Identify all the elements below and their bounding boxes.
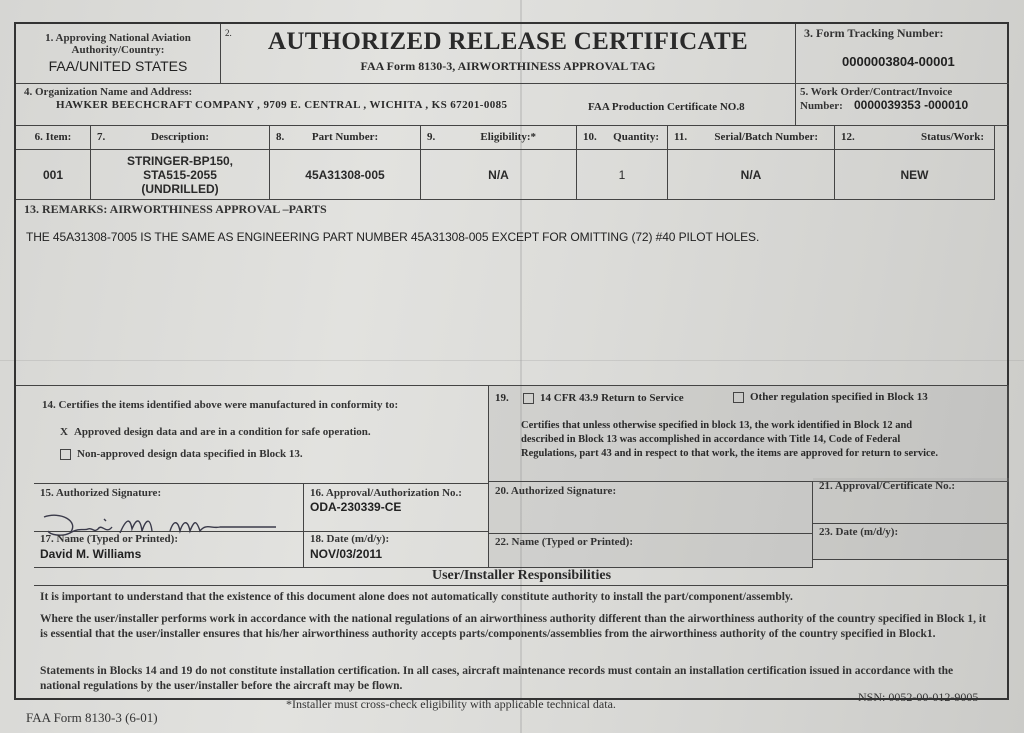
block-1-label-line1: 1. Approving National Aviation xyxy=(16,32,220,44)
block-18-value: NOV/03/2011 xyxy=(310,547,382,561)
responsibilities-para-1: It is important to understand that the e… xyxy=(40,590,995,605)
column-header-serial-batch: 11. Serial/Batch Number: xyxy=(668,126,835,150)
block-17-name: 17. Name (Typed or Printed): David M. Wi… xyxy=(34,532,304,568)
organization-address: HAWKER BEECHCRAFT COMPANY , 9709 E. CENT… xyxy=(56,99,507,111)
block-14-option-approved[interactable]: X Approved design data and are in a cond… xyxy=(60,426,371,438)
block-19-return-to-service: 19. 14 CFR 43.9 Return to Service Other … xyxy=(489,386,1009,482)
block-22-name: 22. Name (Typed or Printed): xyxy=(489,534,813,568)
block-2-title: 2. AUTHORIZED RELEASE CERTIFICATE FAA Fo… xyxy=(221,24,796,84)
description-line-1: STRINGER-BP150, xyxy=(127,154,233,168)
block-13-remarks: 13. REMARKS: AIRWORTHINESS APPROVAL –PAR… xyxy=(16,200,1009,386)
column-header-quantity: 10. Quantity: xyxy=(577,126,668,150)
block-19-text: Certifies that unless otherwise specifie… xyxy=(521,419,951,461)
description-line-3: (UNDRILLED) xyxy=(141,182,218,196)
block-19-option-cfr[interactable]: 14 CFR 43.9 Return to Service xyxy=(523,392,684,404)
column-header-item: 6. Item: xyxy=(16,126,91,150)
eligibility-note-footer: *Installer must cross-check eligibility … xyxy=(286,697,616,712)
block-17-label: 17. Name (Typed or Printed): xyxy=(40,533,178,545)
block-14-option-non-approved[interactable]: Non-approved design data specified in Bl… xyxy=(60,448,303,460)
block-5-label-number: Number: xyxy=(800,100,843,112)
cell-quantity: 1 xyxy=(577,150,668,200)
block-21-label: 21. Approval/Certificate No.: xyxy=(819,480,955,492)
certificate-form: 1. Approving National Aviation Authority… xyxy=(14,22,1009,700)
cell-eligibility: N/A xyxy=(421,150,577,200)
block-16-approval-number: 16. Approval/Authorization No.: ODA-2303… xyxy=(304,484,489,532)
block-4-label: 4. Organization Name and Address: xyxy=(24,86,192,98)
block-18-label: 18. Date (m/d/y): xyxy=(310,533,389,545)
block-14-label: 14. Certifies the items identified above… xyxy=(42,399,398,411)
block-15-label: 15. Authorized Signature: xyxy=(40,487,161,499)
checkbox-icon[interactable] xyxy=(60,449,71,460)
checkbox-icon[interactable] xyxy=(523,393,534,404)
block-20-authorized-signature: 20. Authorized Signature: xyxy=(489,482,813,534)
block-20-label: 20. Authorized Signature: xyxy=(495,485,616,497)
column-header-description: 7. Description: xyxy=(91,126,270,150)
cell-status-work: NEW xyxy=(835,150,995,200)
cell-serial-batch: N/A xyxy=(668,150,835,200)
description-line-2: STA515-2055 xyxy=(143,168,217,182)
block-5-value: 0000039353 -000010 xyxy=(854,98,968,112)
form-title: AUTHORIZED RELEASE CERTIFICATE xyxy=(221,28,795,56)
block-18-date: 18. Date (m/d/y): NOV/03/2011 xyxy=(304,532,489,568)
block-4-organization: 4. Organization Name and Address: HAWKER… xyxy=(16,84,796,126)
block-17-value: David M. Williams xyxy=(40,547,141,561)
block-22-label: 22. Name (Typed or Printed): xyxy=(495,536,633,548)
block-23-label: 23. Date (m/d/y): xyxy=(819,526,898,538)
remarks-label: 13. REMARKS: AIRWORTHINESS APPROVAL –PAR… xyxy=(24,202,327,217)
column-header-part-number: 8. Part Number: xyxy=(270,126,421,150)
nsn-footer: NSN: 0052-00-012-9005 xyxy=(858,690,978,705)
block-3-tracking-number: 3. Form Tracking Number: 0000003804-0000… xyxy=(796,24,1009,84)
column-header-status-work: 12. Status/Work: xyxy=(835,126,995,150)
cell-description: STRINGER-BP150, STA515-2055 (UNDRILLED) xyxy=(91,150,270,200)
cell-part-number: 45A31308-005 xyxy=(270,150,421,200)
form-subtitle: FAA Form 8130-3, AIRWORTHINESS APPROVAL … xyxy=(221,59,795,74)
block-16-value: ODA-230339-CE xyxy=(310,500,401,514)
responsibilities-para-3: Statements in Blocks 14 and 19 do not co… xyxy=(40,664,995,694)
block-23-date: 23. Date (m/d/y): xyxy=(813,524,1009,560)
block-21-approval-certificate: 21. Approval/Certificate No.: xyxy=(813,478,1009,524)
remarks-text: THE 45A31308-7005 IS THE SAME AS ENGINEE… xyxy=(26,230,759,244)
cell-item: 001 xyxy=(16,150,91,200)
form-number-footer: FAA Form 8130-3 (6-01) xyxy=(26,710,158,726)
block-1-label-line2: Authority/Country: xyxy=(16,44,220,56)
block-3-value: 0000003804-00001 xyxy=(842,54,955,69)
block-14-conformity: 14. Certifies the items identified above… xyxy=(34,386,489,484)
block-3-label: 3. Form Tracking Number: xyxy=(804,26,944,41)
block-1-authority: 1. Approving National Aviation Authority… xyxy=(16,24,221,84)
block-5-work-order: 5. Work Order/Contract/Invoice Number: 0… xyxy=(796,84,1009,126)
checkbox-icon[interactable] xyxy=(733,392,744,403)
block-1-value: FAA/UNITED STATES xyxy=(16,58,220,74)
x-check-mark: X xyxy=(60,426,68,438)
block-19-number: 19. xyxy=(495,392,509,404)
column-header-eligibility: 9. Eligibility:* xyxy=(421,126,577,150)
production-certificate: FAA Production Certificate NO.8 xyxy=(588,101,745,113)
block-5-label: 5. Work Order/Contract/Invoice xyxy=(800,86,952,98)
responsibilities-para-2: Where the user/installer performs work i… xyxy=(40,612,995,642)
responsibilities-title: User/Installer Responsibilities xyxy=(34,568,1009,586)
block-19-option-other[interactable]: Other regulation specified in Block 13 xyxy=(733,391,928,403)
block-16-label: 16. Approval/Authorization No.: xyxy=(310,487,462,499)
